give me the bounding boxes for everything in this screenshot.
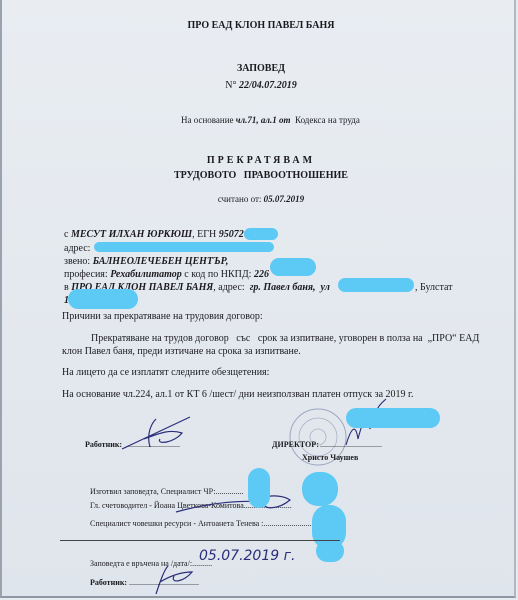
- basis-prefix: На основание: [181, 115, 234, 125]
- employee-prefix: с: [64, 229, 68, 240]
- director-label: ДИРЕКТОР:: [272, 440, 319, 449]
- employer-prefix: в: [64, 282, 69, 293]
- profession-line: професия: Рехабилитатор с код по НКПД: 2…: [64, 269, 269, 280]
- worker-signature-icon: [120, 413, 200, 453]
- number-label: N°: [225, 80, 236, 91]
- employee-name: МЕСУТ ИЛХАН ЮРКЮШ: [71, 229, 192, 240]
- redaction-director-signature: [346, 408, 440, 428]
- redaction-lower: [316, 540, 344, 562]
- hr-specialist: Специалист човешки ресурси - Антоанета Т…: [90, 519, 315, 528]
- unit-value: БАЛНЕОЛЕЧЕБЕН ЦЕНТЪР,: [93, 256, 229, 267]
- employer-address-label: , адрес:: [213, 282, 244, 293]
- address-line: адрес:: [64, 243, 90, 254]
- bulstat-label: , Булстат: [415, 282, 453, 293]
- legal-basis: На основание чл.71, ал.1 от Кодекса на т…: [181, 115, 360, 125]
- effective-value: 05.07.2019: [264, 194, 305, 204]
- basis-suffix: Кодекса на труда: [295, 115, 360, 125]
- nkpd-label: с код по НКПД:: [184, 269, 251, 280]
- basis-article: чл.71, ал.1 от: [236, 115, 291, 125]
- employee-line: с МЕСУТ ИЛХАН ЮРКЮШ, ЕГН 950726: [64, 229, 249, 240]
- action-heading: ПРЕКРАТЯВАМ: [2, 155, 518, 166]
- accountant-signature-icon: [172, 488, 312, 518]
- reasons-label: Причини за прекратяване на трудовия дого…: [62, 311, 263, 322]
- egn-label: , ЕГН: [192, 229, 216, 240]
- delivery-worker-label: Работник:: [90, 578, 127, 587]
- profession-label: професия:: [64, 269, 108, 280]
- unit-label: звено:: [64, 256, 90, 267]
- redaction-bulstat: [68, 289, 138, 309]
- redaction-hr-signature: [248, 468, 270, 508]
- company-header: ПРО ЕАД КЛОН ПАВЕЛ БАНЯ: [2, 20, 518, 31]
- street-label: ул: [321, 282, 330, 293]
- redaction-street: [338, 278, 414, 292]
- delivery-worker-signature-icon: [150, 562, 200, 598]
- director-name: Христо Чаушев: [302, 453, 358, 462]
- employer-city: гр. Павел баня,: [250, 282, 316, 293]
- redaction-address: [94, 242, 274, 252]
- effective-label: считано от:: [218, 194, 262, 204]
- separator-line: [60, 540, 340, 541]
- document-page: ПРО ЕАД КЛОН ПАВЕЛ БАНЯ ЗАПОВЕД N° 22/04…: [0, 0, 516, 598]
- unit-line: звено: БАЛНЕОЛЕЧЕБЕН ЦЕНТЪР,: [64, 256, 228, 267]
- delivery-handwritten-date: 05.07.2019 г.: [199, 548, 295, 564]
- compensation-label: На лицето да се изплатят следните обезще…: [62, 367, 269, 378]
- address-label: адрес:: [64, 243, 90, 254]
- effective-date: считано от: 05.07.2019: [2, 194, 518, 204]
- profession-value: Рехабилитатор: [110, 269, 182, 280]
- document-title: ЗАПОВЕД: [2, 63, 518, 74]
- redaction-egn: [244, 228, 278, 240]
- nkpd-value: 226: [254, 269, 269, 280]
- document-number: N° 22/04.07.2019: [2, 80, 518, 91]
- redaction-nkpd: [270, 258, 316, 276]
- number-value: 22/04.07.2019: [239, 80, 297, 91]
- action-subheading: ТРУДОВОТО ПРАВООТНОШЕНИЕ: [2, 170, 518, 181]
- redaction-stamp-area: [302, 472, 338, 506]
- reason-line-2: клон Павел баня, преди изтичане на срока…: [62, 346, 301, 357]
- reason-line-1: Прекратяване на трудов договор със срок …: [91, 333, 479, 344]
- worker-label: Работник:: [85, 440, 122, 449]
